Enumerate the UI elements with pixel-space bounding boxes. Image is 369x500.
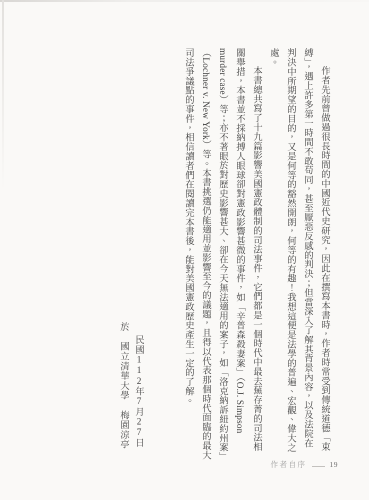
text-column: 本書總共寫了十九篇影響美國憲政體制的司法事件，它們都是一個時代中最去蕪存菁的司法… bbox=[248, 48, 265, 472]
text-column: 縛」，遇上許多第一時間不敢苟同，甚至厭惡反感的判決；但當深入了解其背景內容，以及… bbox=[299, 48, 316, 472]
text-column: murder case）等；亦不著眼於對歷史影響甚大、卻在今天無法適用的案子，如… bbox=[214, 48, 231, 472]
page-footer: 作者自序 19 bbox=[271, 459, 339, 470]
text-column: （Lochner v. New York）等。本書挑選仍能適用並影響至今的議題，… bbox=[197, 48, 214, 472]
preface-columns: 作者先前曾做過很長時間的中國近代史研究，因此在撰寫本書時，作者時常受到傳統道德「… bbox=[180, 48, 333, 472]
footer-divider-line bbox=[312, 466, 325, 467]
page-edge-shadow-top bbox=[0, 0, 369, 2]
text-column: 司法爭議點的事件，相信讀者們在閱讀完本書後，能對美國憲政歷史產生一定的了解。 bbox=[180, 48, 197, 472]
text-column: 關舉措，本書並不採納搏人眼球卻對憲政影響甚微的事件，如「辛普森殺妻案」（O.J.… bbox=[231, 48, 248, 472]
page-edge-shadow-left bbox=[2, 0, 4, 190]
text-column: 處。 bbox=[265, 48, 282, 472]
text-column: 判決中所期望的目的，又是何等的豁然開朗，何等的有趣！我想這便是法學的普遍、宏觀、… bbox=[282, 48, 299, 472]
signature-block: 民國112年7月27日 於 國立清華大學 梅園涼亭 bbox=[116, 322, 146, 482]
signature-date: 民國112年7月27日 bbox=[131, 322, 146, 482]
signature-place: 於 國立清華大學 梅園涼亭 bbox=[116, 322, 131, 482]
footer-section-label: 作者自序 bbox=[271, 459, 307, 470]
book-page: 作者先前曾做過很長時間的中國近代史研究，因此在撰寫本書時，作者時常受到傳統道德「… bbox=[0, 0, 369, 500]
footer-page-number: 19 bbox=[330, 460, 339, 469]
text-column: 作者先前曾做過很長時間的中國近代史研究，因此在撰寫本書時，作者時常受到傳統道德「… bbox=[316, 48, 333, 472]
